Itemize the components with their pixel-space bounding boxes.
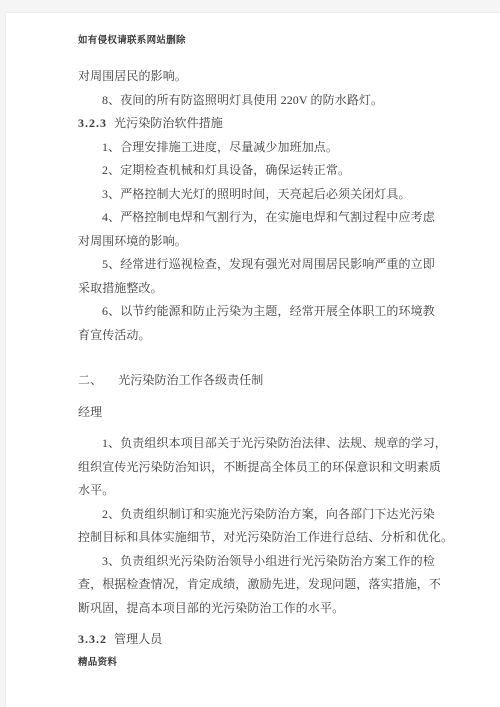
document-content: 如有侵权请联系网站删除 对周围居民的影响。8、夜间的所有防盗照明灯具使用 220…: [6, 35, 500, 670]
viewer-frame: 如有侵权请联系网站删除 对周围居民的影响。8、夜间的所有防盗照明灯具使用 220…: [0, 0, 500, 707]
heading-text: 管理人员: [114, 632, 162, 646]
text-line: 6、以节约能源和防止污染为主题，经常开展全体职工的环境教: [78, 300, 490, 324]
text-line: 控制目标和具体实施细节，对光污染防治工作进行总结、分析和优化。: [78, 526, 490, 550]
text-line: 8、夜间的所有防盗照明灯具使用 220V 的防水路灯。: [78, 89, 490, 113]
paragraph: 6、以节约能源和防止污染为主题，经常开展全体职工的环境教育宣传活动。: [78, 300, 490, 347]
paragraph: 4、严格控制电焊和气割行为，在实施电焊和气割过程中应考虑对周围环境的影响。: [78, 206, 490, 253]
text-line: 1、合理安排施工进度，尽量减少加班加点。: [78, 136, 490, 160]
heading-number: 3.3.2: [78, 632, 107, 646]
text-line: 3、严格控制大光灯的照明时间，天亮起后必须关闭灯具。: [78, 183, 490, 207]
text-line: 组织宣传光污染防治知识，不断提高全体员工的环保意识和文明素质: [78, 456, 490, 480]
text-line: 查，根据检查情况，肯定成绩，激励先进，发现问题，落实措施，不: [78, 573, 490, 597]
section-heading: 3.2.3光污染防治软件措施: [78, 112, 490, 136]
text-line: 2、负责组织制订和实施光污染防治方案，向各部门下达光污染: [78, 503, 490, 527]
paragraph: 1、负责组织本项目部关于光污染防治法律、法规、规章的学习，组织宣传光污染防治知识…: [78, 432, 490, 503]
text-line: 对周围环境的影响。: [78, 230, 490, 254]
text-line: 经理: [78, 401, 490, 425]
heading-text: 光污染防治工作各级责任制: [118, 373, 263, 387]
heading-number: 3.2.3: [78, 116, 107, 130]
text-line: 4、严格控制电焊和气割行为，在实施电焊和气割过程中应考虑: [78, 206, 490, 230]
text-line: 5、经常进行巡视检查，发现有强光对周围居民影响严重的立即: [78, 253, 490, 277]
text-line: 育宣传活动。: [78, 324, 490, 348]
paragraph: 2、负责组织制订和实施光污染防治方案，向各部门下达光污染控制目标和具体实施细节，…: [78, 503, 490, 550]
paragraph: 5、经常进行巡视检查，发现有强光对周围居民影响严重的立即采取措施整改。: [78, 253, 490, 300]
heading-number: 二、: [78, 373, 102, 387]
paragraph: 1、合理安排施工进度，尽量减少加班加点。: [78, 136, 490, 160]
text-line: 断巩固，提高本项目部的光污染防治工作的水平。: [78, 597, 490, 621]
section-heading: 二、光污染防治工作各级责任制: [78, 369, 490, 393]
document-page: 如有侵权请联系网站删除 对周围居民的影响。8、夜间的所有防盗照明灯具使用 220…: [5, 12, 500, 707]
text-line: 采取措施整改。: [78, 277, 490, 301]
paragraph: 8、夜间的所有防盗照明灯具使用 220V 的防水路灯。: [78, 89, 490, 113]
paragraph: 3、负责组织光污染防治领导小组进行光污染防治方案工作的检查，根据检查情况，肯定成…: [78, 550, 490, 621]
section-heading: 3.3.2管理人员: [78, 628, 490, 652]
role-label: 经理: [78, 401, 490, 425]
heading-text: 光污染防治软件措施: [114, 116, 223, 130]
paragraph: 对周围居民的影响。: [78, 65, 490, 89]
paragraph: 3、严格控制大光灯的照明时间，天亮起后必须关闭灯具。: [78, 183, 490, 207]
text-line: 对周围居民的影响。: [78, 65, 490, 89]
text-line: 3、负责组织光污染防治领导小组进行光污染防治方案工作的检: [78, 550, 490, 574]
text-line: 水平。: [78, 479, 490, 503]
document-body: 对周围居民的影响。8、夜间的所有防盗照明灯具使用 220V 的防水路灯。3.2.…: [78, 65, 490, 652]
footer-watermark: 精品资料: [78, 656, 490, 670]
text-line: 1、负责组织本项目部关于光污染防治法律、法规、规章的学习，: [78, 432, 490, 456]
copyright-notice: 如有侵权请联系网站删除: [78, 35, 490, 47]
paragraph: 2、定期检查机械和灯具设备，确保运转正常。: [78, 159, 490, 183]
text-line: 2、定期检查机械和灯具设备，确保运转正常。: [78, 159, 490, 183]
